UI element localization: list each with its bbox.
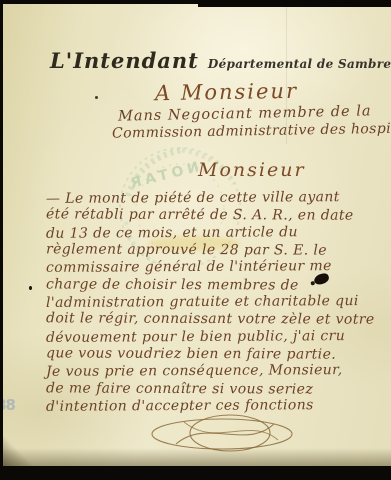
- manuscript-scan: NOTAR L'IntendantDépartemental de Sambre…: [0, 0, 391, 480]
- body-line: de me faire connaître si vous seriez: [46, 380, 313, 397]
- body-line: Je vous prie en conséquence, Monsieur,: [46, 362, 343, 380]
- salutation-monsieur: Monsieur: [198, 159, 306, 181]
- body-line: doit le régir, connaissant votre zèle et…: [46, 310, 375, 327]
- body-line: du 13 de ce mois, et un article du: [46, 224, 298, 242]
- body-line: — Le mont de piété de cette ville ayant: [46, 189, 340, 207]
- body-line: règlement approuvé le 28 par S. E. le: [46, 241, 327, 258]
- letterhead: L'IntendantDépartemental de Sambre-et-Me…: [50, 48, 391, 73]
- body-line: commissaire général de l'intérieur me: [46, 258, 332, 276]
- scan-border-bottom: [0, 466, 391, 480]
- ink-speck: [29, 286, 32, 290]
- scan-border-left: [0, 0, 3, 480]
- letterhead-title: L'Intendant: [50, 48, 199, 73]
- recipient-to: A Monsieur: [155, 79, 298, 105]
- body-line: été rétabli par arrêté de S. A. R., en d…: [46, 206, 354, 223]
- body-line: l'administration gratuite et charitable …: [46, 293, 359, 311]
- signature-flourish: [146, 408, 298, 462]
- scan-border-top-right: [198, 0, 391, 7]
- body-line: dévouement pour le bien public, j'ai cru: [46, 328, 345, 346]
- ink-dot: [95, 96, 98, 99]
- letterhead-subtitle: Départemental de Sambre-et-Meuse.: [208, 57, 391, 71]
- body-line: que vous voudriez bien en faire partie.: [46, 345, 336, 362]
- body-line: charge de choisir les membres de: [46, 276, 299, 293]
